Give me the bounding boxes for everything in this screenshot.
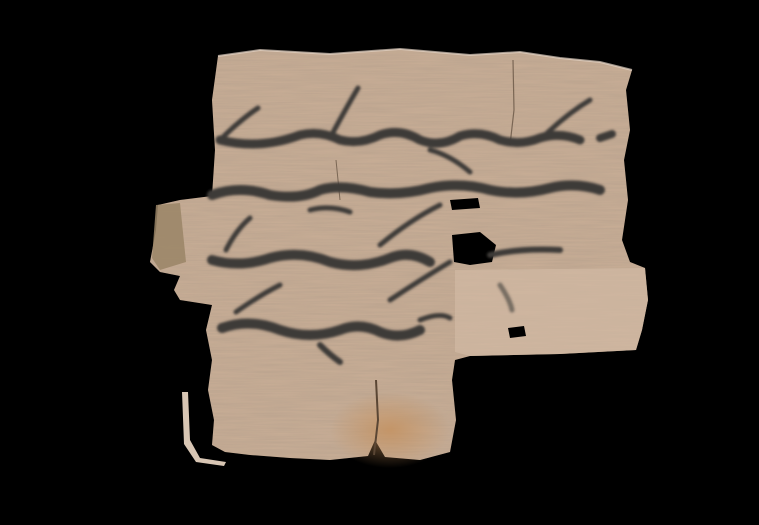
papyrus-photograph (0, 0, 759, 525)
papyrus-fragment (0, 0, 759, 525)
